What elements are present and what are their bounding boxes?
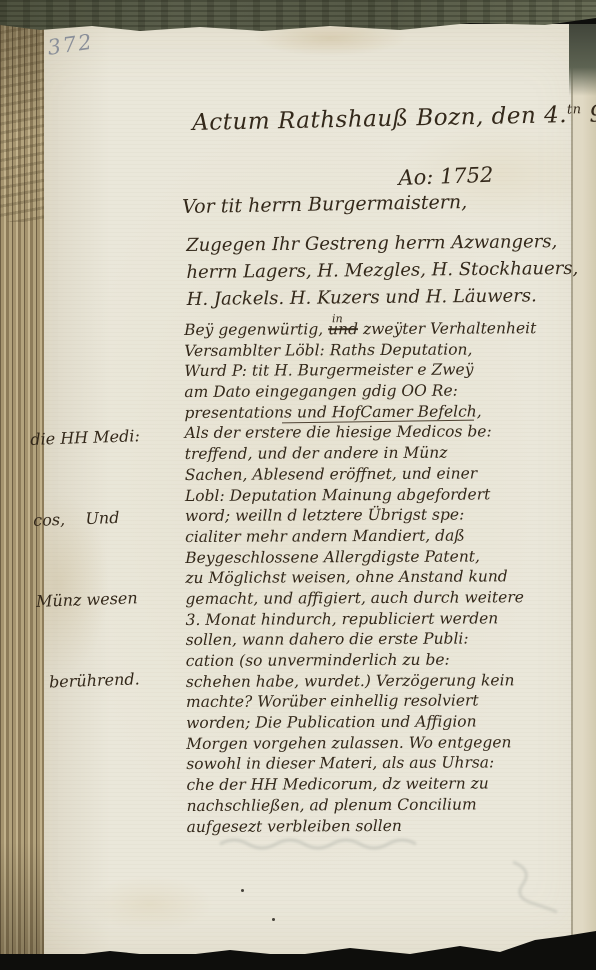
fore-edge-shadow-corner [569, 24, 596, 96]
attendance-line: H. Jackels. H. Kuzers und H. Läuwers. [187, 282, 579, 313]
body-line: schehen habe, wurdet.) Verzögerung kein [186, 670, 590, 693]
body-line-text: zweÿter Verhaltenheit [358, 319, 536, 338]
attendance-block: Zugegen Ihr Gestreng herrn Azwangers, he… [186, 228, 579, 313]
body-line: sowohl in dieser Materi, als aus Uhrsa: [186, 752, 590, 775]
body-line: Sachen, Ablesend eröffnet, und einer [185, 463, 589, 486]
body-line: Beÿ gegenwürtig, undin zweÿter Verhalten… [184, 318, 588, 341]
margin-note-line: die HH Medi: [30, 422, 140, 453]
inserted-word: in [332, 309, 343, 330]
body-line: Morgen vorgehen zulassen. Wo entgegen [186, 732, 590, 755]
body-line: machte? Worüber einhellig resolviert [186, 690, 590, 713]
body-line: cialiter mehr andern Mandiert, daß [185, 525, 589, 548]
heading-date-superscript: tn [567, 102, 582, 117]
body-line: Versamblter Löbl: Raths Deputation, [184, 339, 588, 362]
attendance-line: Zugegen Ihr Gestreng herrn Azwangers, [186, 228, 578, 259]
binding-texture [0, 22, 44, 222]
manuscript-scan-photo: 372 Actum Rathshauß Bozn, den 4.tn 9brÿ … [0, 0, 596, 970]
margin-note: die HH Medi: cos, Und Münz wesen berühre… [28, 368, 151, 750]
body-line: che der HH Medicorum, dz weitern zu [186, 773, 590, 796]
margin-note-line: Münz wesen [36, 584, 146, 615]
correction: undin [328, 320, 358, 338]
body-line: Lobl: Deputation Mainung abgefordert [185, 483, 589, 506]
body-line: sollen, wann dahero die erste Publi: [186, 628, 590, 651]
body-text-block: Beÿ gegenwürtig, undin zweÿter Verhalten… [184, 318, 591, 837]
heading-date-month: 9brÿ [581, 101, 596, 128]
body-line: zu Möglichst weisen, ohne Anstand kund [185, 566, 589, 589]
attendance-line: herrn Lagers, H. Mezgles, H. Stockhauers… [186, 255, 578, 286]
body-line: word; weilln d letztere Übrigst spe: [185, 504, 589, 527]
body-line: gemacht, und affigiert, auch durch weite… [185, 587, 589, 610]
body-line: Beygeschlossene Allergdigste Patent, [185, 545, 589, 568]
ink-speck [241, 889, 244, 892]
body-line: Als der erstere die hiesige Medicos be: [185, 421, 589, 444]
ink-speck [272, 918, 275, 921]
margin-note-line: cos, Und [33, 503, 143, 534]
body-line: worden; Die Publication und Affigion [186, 711, 590, 734]
margin-note-line: berührend. [38, 665, 148, 696]
bleedthrough-ghost-text [505, 856, 565, 916]
body-line: treffend, und der andere in Münz [185, 442, 589, 465]
heading-year-line: Ao: 1752 [398, 163, 494, 190]
bleedthrough-ghost-text [215, 834, 425, 854]
body-line: cation (so unverminderlich zu be: [186, 649, 590, 672]
body-line-text: Beÿ gegenwürtig, [184, 320, 328, 339]
body-line: 3. Monat hindurch, republiciert werden [186, 608, 590, 631]
body-line: am Dato eingegangen gdig OO Re: [184, 380, 588, 403]
body-line: nachschließen, ad plenum Concilium [186, 794, 590, 817]
body-line: Wurd P: tit H. Burgermeister e Zweÿ [184, 359, 588, 382]
